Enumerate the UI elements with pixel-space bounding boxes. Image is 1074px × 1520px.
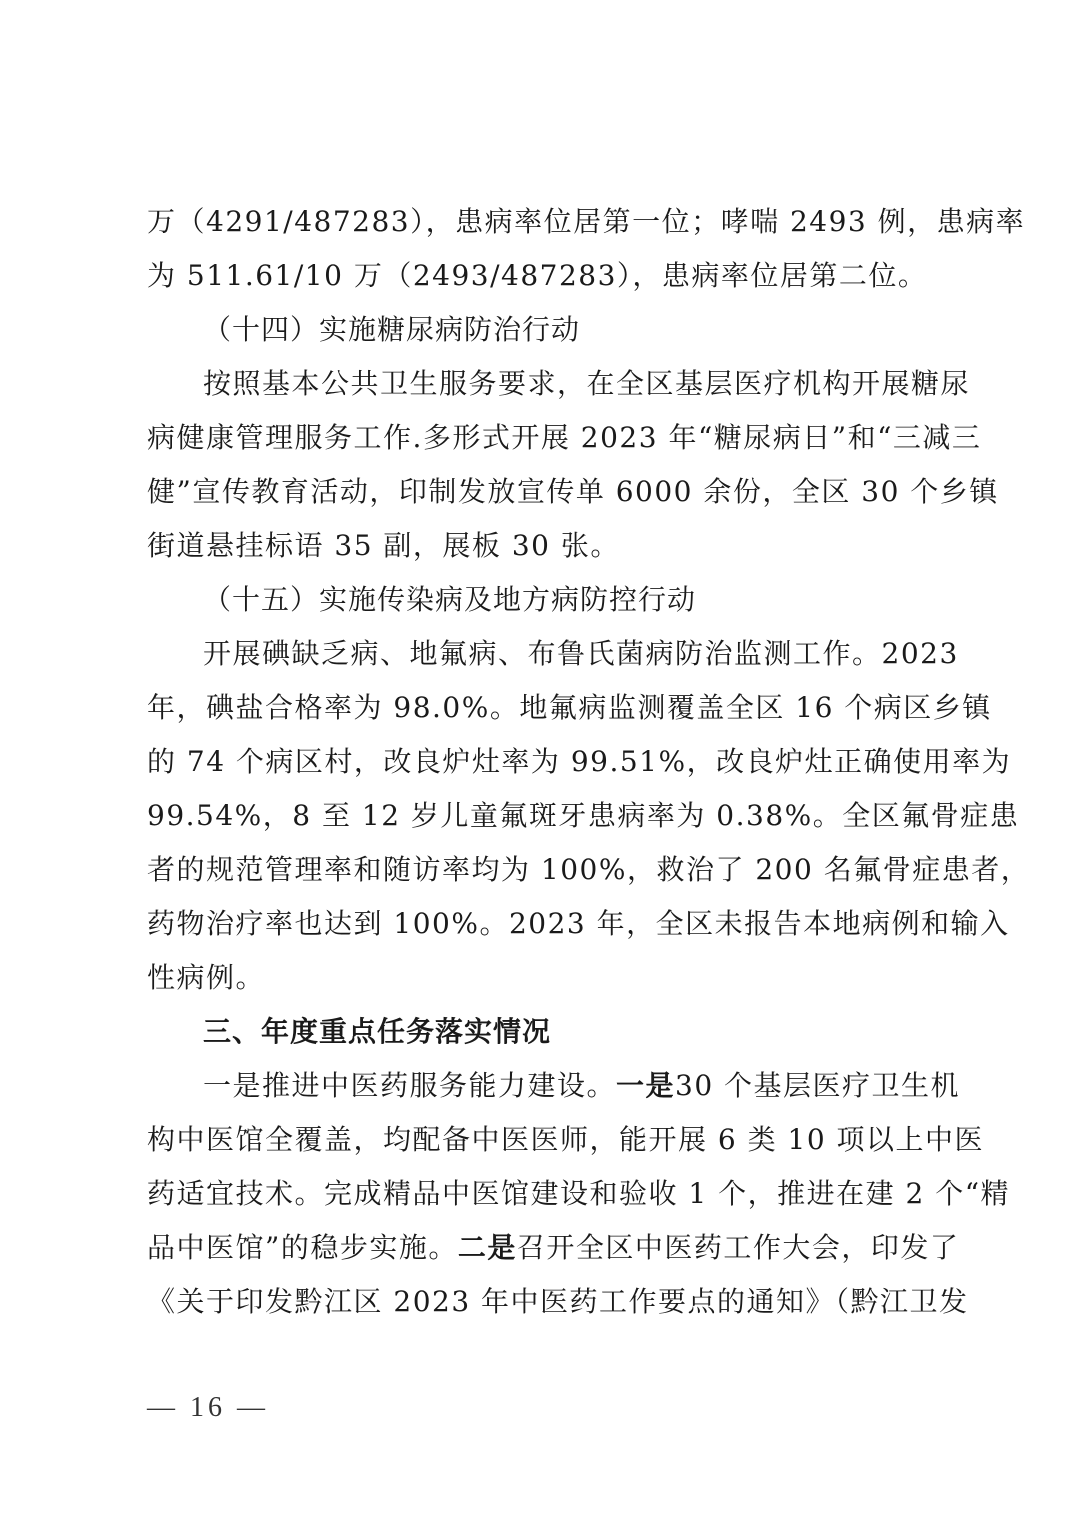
paragraph-line: 一是推进中医药服务能力建设。一是30 个基层医疗卫生机	[203, 1066, 942, 1106]
line-text: 品中医馆”的稳步实施。	[147, 1231, 458, 1264]
paragraph-line: 健”宣传教育活动，印制发放宣传单 6000 余份，全区 30 个乡镇	[147, 472, 942, 512]
line-text: 召开全区中医药工作大会，印发了	[517, 1231, 960, 1264]
paragraph-line: 按照基本公共卫生服务要求，在全区基层医疗机构开展糖尿	[203, 364, 942, 404]
emphasis-label: 一是	[616, 1069, 675, 1102]
paragraph-line: 者的规范管理率和随访率均为 100%，救治了 200 名氟骨症患者，	[147, 850, 942, 890]
paragraph-line: 品中医馆”的稳步实施。二是召开全区中医药工作大会，印发了	[147, 1228, 942, 1268]
line-text: 30 个基层医疗卫生机	[675, 1069, 960, 1102]
section-heading-15: （十五）实施传染病及地方病防控行动	[203, 580, 942, 620]
paragraph-line: 的 74 个病区村，改良炉灶率为 99.51%，改良炉灶正确使用率为	[147, 742, 942, 782]
paragraph-line: 年，碘盐合格率为 98.0%。地氟病监测覆盖全区 16 个病区乡镇	[147, 688, 942, 728]
page-number: — 16 —	[147, 1392, 269, 1424]
paragraph-line: 为 511.61/10 万（2493/487283），患病率位居第二位。	[147, 256, 942, 296]
document-page: 万（4291/487283），患病率位居第一位；哮喘 2493 例，患病率 为 …	[0, 0, 1074, 1520]
paragraph-line: 构中医馆全覆盖，均配备中医医师，能开展 6 类 10 项以上中医	[147, 1120, 942, 1160]
paragraph-line: 街道悬挂标语 35 副，展板 30 张。	[147, 526, 942, 566]
paragraph-line: 药物治疗率也达到 100%。2023 年，全区未报告本地病例和输入	[147, 904, 942, 944]
section-heading-14: （十四）实施糖尿病防治行动	[203, 310, 942, 350]
paragraph-line: 性病例。	[147, 958, 942, 998]
paragraph-line: 万（4291/487283），患病率位居第一位；哮喘 2493 例，患病率	[147, 202, 942, 242]
subsection-title: 一是推进中医药服务能力建设。	[203, 1069, 616, 1102]
emphasis-label: 二是	[458, 1231, 517, 1264]
paragraph-line: 药适宜技术。完成精品中医馆建设和验收 1 个，推进在建 2 个“精	[147, 1174, 942, 1214]
paragraph-line: 99.54%，8 至 12 岁儿童氟斑牙患病率为 0.38%。全区氟骨症患	[147, 796, 942, 836]
paragraph-line: 《关于印发黔江区 2023 年中医药工作要点的通知》（黔江卫发	[147, 1282, 942, 1322]
section-heading-3: 三、年度重点任务落实情况	[203, 1012, 942, 1052]
paragraph-line: 病健康管理服务工作.多形式开展 2023 年“糖尿病日”和“三减三	[147, 418, 942, 458]
paragraph-line: 开展碘缺乏病、地氟病、布鲁氏菌病防治监测工作。2023	[203, 634, 942, 674]
